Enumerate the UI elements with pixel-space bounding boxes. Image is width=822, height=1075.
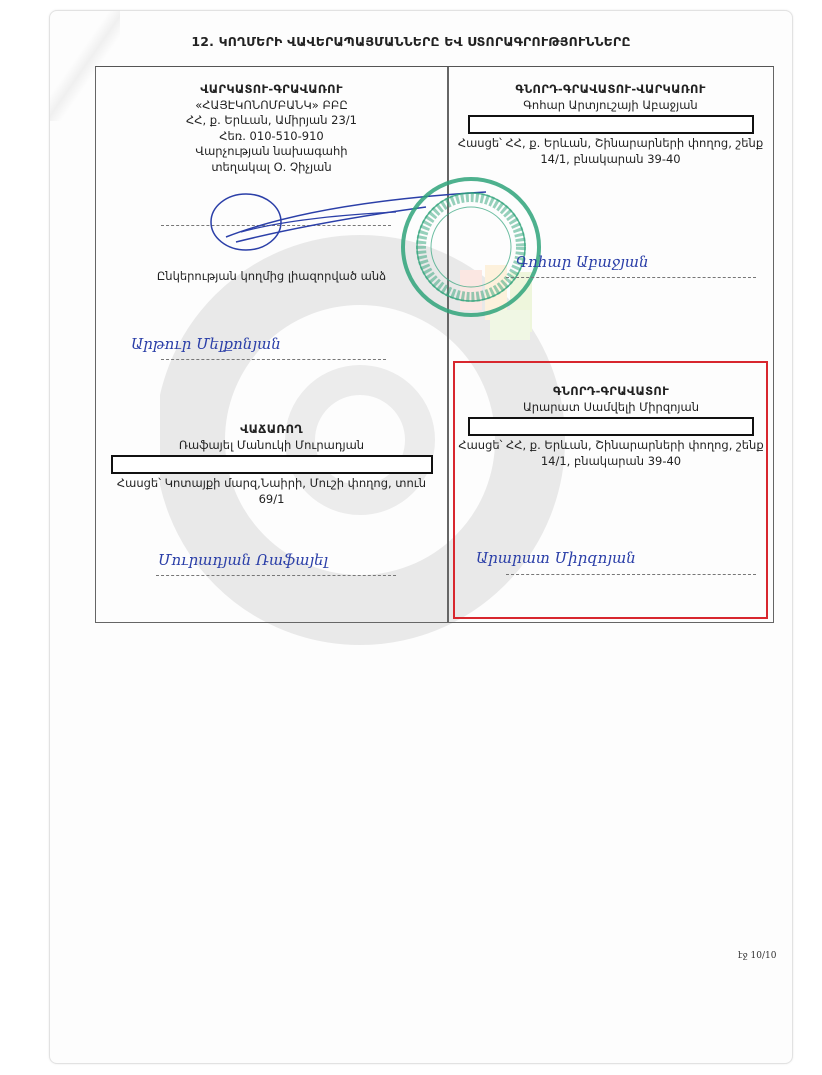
- lender-name: «ՀԱՅԷԿՈՆՈՄԲԱՆԿ» ԲԲԸ: [96, 98, 447, 114]
- buyer-borrower-name: Գոհար Արտյուշայի Աբաջյան: [448, 98, 773, 114]
- lender-phone: Հեռ. 010-510-910: [96, 129, 447, 145]
- seller-block: ՎԱՃԱՌՈՂ Ռաֆայել Մանուկի Մուրադյան Հասցե՝…: [96, 422, 447, 507]
- signatures-table: ՎԱՐԿԱՏՈՒ-ԳՐԱՎԱՌՈՒ «ՀԱՅԷԿՈՆՈՄԲԱՆԿ» ԲԲԸ ՀՀ…: [95, 66, 774, 623]
- redacted-field: [468, 115, 754, 134]
- buyer-pledger-role: ԳՆՈՐԴ-ԳՐԱՎԱՏՈՒ: [456, 384, 766, 400]
- lender-authorized-label: Ընկերության կողմից լիազորված անձ: [96, 269, 447, 285]
- lender-address: ՀՀ, ք. Երևան, Ամիրյան 23/1: [96, 113, 447, 129]
- seller-name: Ռաֆայել Մանուկի Մուրադյան: [96, 438, 447, 454]
- buyer-pledger-name: Արարատ Սամվելի Միրզոյան: [456, 400, 766, 416]
- company-stamp-icon: [396, 162, 546, 332]
- buyer-pledger-signature: Արարատ Միրզոյան: [476, 549, 636, 567]
- lender-role: ՎԱՐԿԱՏՈՒ-ԳՐԱՎԱՌՈՒ: [96, 82, 447, 98]
- buyer-borrower-role: ԳՆՈՐԴ-ԳՐԱՎԱՏՈՒ-ՎԱՐԿԱՌՈՒ: [448, 82, 773, 98]
- lender-authorized-signature-line: [161, 359, 386, 360]
- lender-position-2: տեղակալ Օ. Չիչյան: [96, 160, 447, 176]
- buyer-pledger-address: Հասցե՝ ՀՀ, ք. Երևան, Շինարարների փողոց, …: [456, 438, 766, 469]
- section-title: 12. ԿՈՂՄԵՐԻ ՎԱՎԵՐԱՊԱՅՄԱՆՆԵՐԸ ԵՎ ՍՏՈՐԱԳՐՈ…: [0, 34, 822, 49]
- buyer-borrower-signature: Գոհար Աբաջյան: [516, 253, 649, 271]
- buyer-pledger-block: ԳՆՈՐԴ-ԳՐԱՎԱՏՈՒ Արարատ Սամվելի Միրզոյան Հ…: [456, 384, 766, 469]
- seller-signature-line: [156, 575, 396, 576]
- buyer-borrower-block: ԳՆՈՐԴ-ԳՐԱՎԱՏՈՒ-ՎԱՐԿԱՌՈՒ Գոհար Արտյուշայի…: [448, 82, 773, 167]
- buyer-pledger-signature-line: [506, 574, 756, 575]
- seller-address: Հասցե՝ Կոտայքի մարզ,Նաիրի, Մուշի փողոց, …: [96, 476, 447, 507]
- redacted-field: [468, 417, 754, 436]
- redacted-field: [111, 455, 433, 474]
- seller-signature: Մուրադյան Ռաֆայել: [158, 551, 328, 569]
- seller-role: ՎԱՃԱՌՈՂ: [96, 422, 447, 438]
- lender-position-1: Վարչության նախագահի: [96, 144, 447, 160]
- page-number: էջ 10/10: [738, 951, 776, 961]
- buyer-borrower-address: Հասցե՝ ՀՀ, ք. Երևան, Շինարարների փողոց, …: [448, 136, 773, 167]
- lender-authorized-signature: Արթուր Մելքոնյան: [131, 335, 281, 353]
- buyer-borrower-signature-line: [506, 277, 756, 278]
- lender-block: ՎԱՐԿԱՏՈՒ-ԳՐԱՎԱՌՈՒ «ՀԱՅԷԿՈՆՈՄԲԱՆԿ» ԲԲԸ ՀՀ…: [96, 82, 447, 175]
